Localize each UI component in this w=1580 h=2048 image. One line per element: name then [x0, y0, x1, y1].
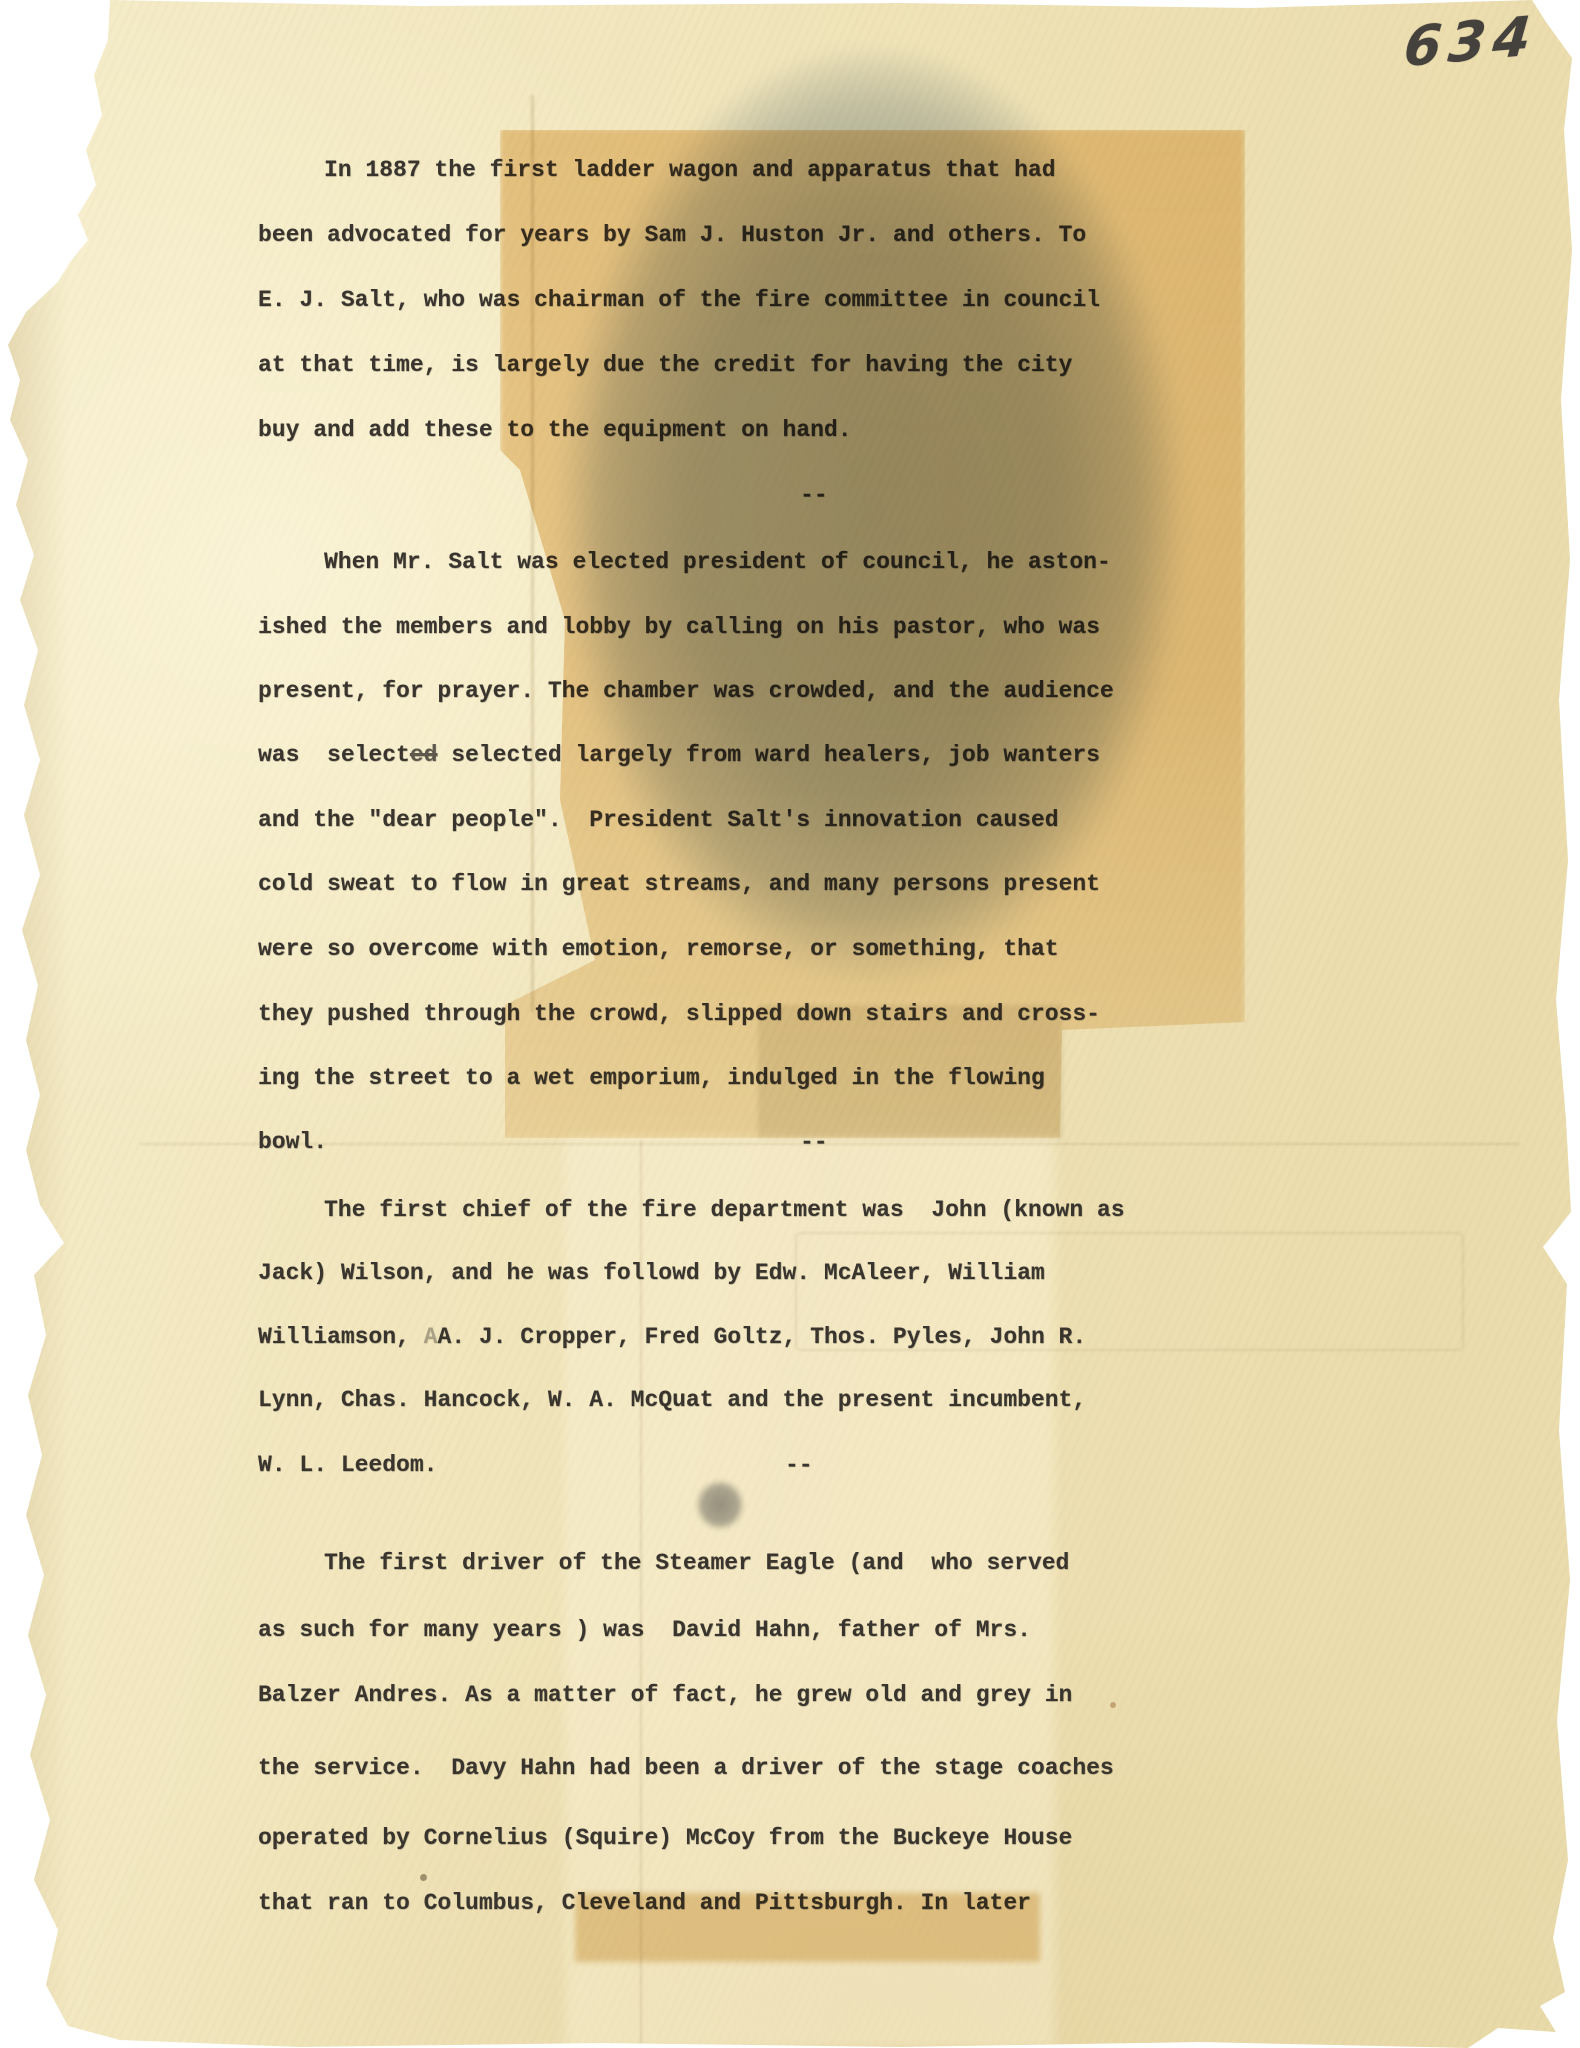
line-text: When Mr. Salt was elected president of c…: [324, 546, 1111, 578]
typewritten-line: When Mr. Salt was elected president of c…: [0, 546, 1580, 580]
typewritten-line: the service. Davy Hahn had been a driver…: [0, 1752, 1580, 1786]
line-text: were so overcome with emotion, remorse, …: [258, 933, 1059, 965]
typewritten-line: Lynn, Chas. Hancock, W. A. McQuat and th…: [0, 1384, 1580, 1418]
typewritten-line: been advocated for years by Sam J. Husto…: [0, 219, 1580, 253]
typewritten-line: was selected selected largely from ward …: [0, 739, 1580, 773]
line-text: Williamson, AA. J. Cropper, Fred Goltz, …: [258, 1321, 1086, 1353]
typewritten-line: Balzer Andres. As a matter of fact, he g…: [0, 1679, 1580, 1713]
line-text: In 1887 the first ladder wagon and appar…: [324, 154, 1056, 186]
line-text-part: was select: [258, 742, 410, 768]
dash-separator: --: [800, 1126, 828, 1158]
typewritten-line: were so overcome with emotion, remorse, …: [0, 933, 1580, 967]
line-text: cold sweat to flow in great streams, and…: [258, 868, 1100, 900]
line-text: Balzer Andres. As a matter of fact, he g…: [258, 1679, 1072, 1711]
line-text: E. J. Salt, who was chairman of the fire…: [258, 284, 1100, 316]
overstruck-text: ed: [410, 742, 438, 768]
typewritten-line: The first driver of the Steamer Eagle (a…: [0, 1547, 1580, 1581]
line-text: Lynn, Chas. Hancock, W. A. McQuat and th…: [258, 1384, 1086, 1416]
typewritten-line: --: [0, 479, 1580, 513]
document-page: In 1887 the first ladder wagon and appar…: [0, 0, 1580, 2048]
typewritten-line: at that time, is largely due the credit …: [0, 349, 1580, 383]
line-text-part: Williamson,: [258, 1324, 424, 1350]
line-text: ing the street to a wet emporium, indulg…: [258, 1062, 1045, 1094]
typewritten-line: ing the street to a wet emporium, indulg…: [0, 1062, 1580, 1096]
typewritten-line: The first chief of the fire department w…: [0, 1194, 1580, 1228]
line-text-part: A. J. Cropper, Fred Goltz, Thos. Pyles, …: [437, 1324, 1086, 1350]
line-text-part: selected largely from ward healers, job …: [437, 742, 1100, 768]
typewritten-line: ished the members and lobby by calling o…: [0, 611, 1580, 645]
line-text: was selected selected largely from ward …: [258, 739, 1100, 771]
typewritten-line: cold sweat to flow in great streams, and…: [0, 868, 1580, 902]
line-text: ished the members and lobby by calling o…: [258, 611, 1100, 643]
typewritten-line: present, for prayer. The chamber was cro…: [0, 675, 1580, 709]
dash-separator: --: [785, 1449, 813, 1481]
typewritten-line: as such for many years ) was David Hahn,…: [0, 1614, 1580, 1648]
line-text: The first driver of the Steamer Eagle (a…: [324, 1547, 1069, 1579]
typewritten-line: In 1887 the first ladder wagon and appar…: [0, 154, 1580, 188]
line-text: bowl.: [258, 1126, 327, 1158]
line-text: been advocated for years by Sam J. Husto…: [258, 219, 1086, 251]
typewritten-line: they pushed through the crowd, slipped d…: [0, 998, 1580, 1032]
typewritten-line: Williamson, AA. J. Cropper, Fred Goltz, …: [0, 1321, 1580, 1355]
line-text: they pushed through the crowd, slipped d…: [258, 998, 1100, 1030]
line-text: operated by Cornelius (Squire) McCoy fro…: [258, 1822, 1072, 1854]
line-text: the service. Davy Hahn had been a driver…: [258, 1752, 1114, 1784]
typewritten-line: operated by Cornelius (Squire) McCoy fro…: [0, 1822, 1580, 1856]
typewritten-line: and the "dear people". President Salt's …: [0, 804, 1580, 838]
line-text: and the "dear people". President Salt's …: [258, 804, 1059, 836]
typewritten-line: that ran to Columbus, Cleveland and Pitt…: [0, 1887, 1580, 1921]
line-text: W. L. Leedom.: [258, 1449, 437, 1481]
overstruck-text: A: [424, 1324, 438, 1350]
typewritten-line: buy and add these to the equipment on ha…: [0, 414, 1580, 448]
line-text: The first chief of the fire department w…: [324, 1194, 1125, 1226]
typewritten-text: In 1887 the first ladder wagon and appar…: [0, 0, 1580, 2048]
line-text: at that time, is largely due the credit …: [258, 349, 1072, 381]
line-text: present, for prayer. The chamber was cro…: [258, 675, 1114, 707]
line-text: that ran to Columbus, Cleveland and Pitt…: [258, 1887, 1031, 1919]
line-text: buy and add these to the equipment on ha…: [258, 414, 852, 446]
line-text: Jack) Wilson, and he was followd by Edw.…: [258, 1257, 1045, 1289]
typewritten-line: E. J. Salt, who was chairman of the fire…: [0, 284, 1580, 318]
typewritten-line: Jack) Wilson, and he was followd by Edw.…: [0, 1257, 1580, 1291]
typewritten-line: W. L. Leedom.--: [0, 1449, 1580, 1483]
page-number-annotation: 634: [1401, 4, 1540, 79]
dash-separator: --: [800, 479, 828, 511]
scan-background: In 1887 the first ladder wagon and appar…: [0, 0, 1580, 2048]
typewritten-line: bowl.--: [0, 1126, 1580, 1160]
line-text: as such for many years ) was David Hahn,…: [258, 1614, 1031, 1646]
